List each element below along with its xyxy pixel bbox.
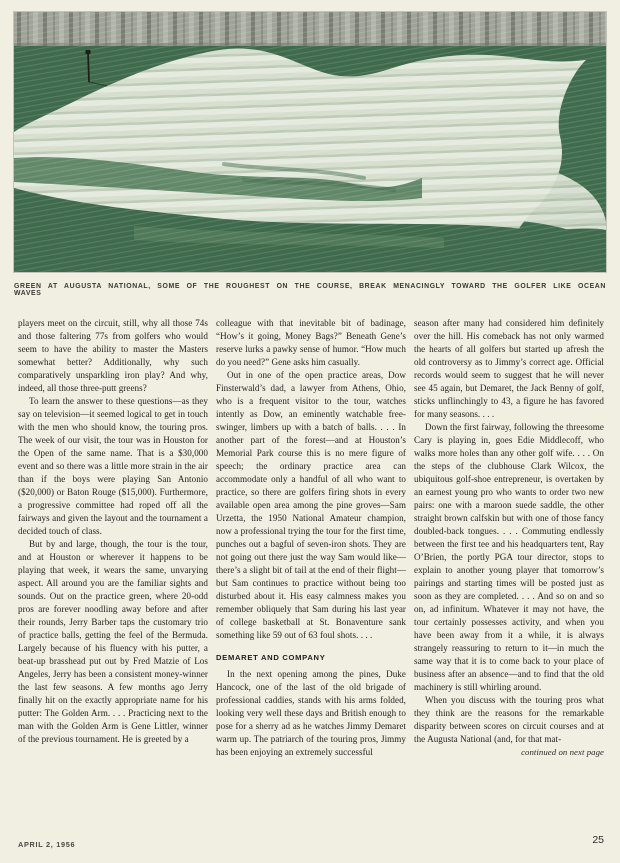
page-number: 25 xyxy=(592,834,604,846)
paragraph: Down the first fairway, following the th… xyxy=(414,421,604,694)
paragraph: In the next opening among the pines, Duk… xyxy=(216,668,406,759)
section-subhead: DEMARET AND COMPANY xyxy=(216,651,406,664)
article-column-3: season after many had considered him def… xyxy=(414,317,604,759)
continued-note: continued on next page xyxy=(414,746,604,759)
issue-date: APRIL 2, 1956 xyxy=(18,840,75,849)
magazine-page: GREEN AT AUGUSTA NATIONAL, SOME OF THE R… xyxy=(0,0,620,863)
article-column-1: players meet on the circuit, still, why … xyxy=(18,317,208,759)
paragraph: Out in one of the open practice areas, D… xyxy=(216,369,406,642)
golf-green-photo-art xyxy=(14,12,606,272)
photo-tint xyxy=(14,12,606,272)
paragraph: colleague with that inevitable bit of ba… xyxy=(216,317,406,369)
paragraph: players meet on the circuit, still, why … xyxy=(18,317,208,395)
article-column-2: colleague with that inevitable bit of ba… xyxy=(216,317,406,759)
paragraph: When you discuss with the touring pros w… xyxy=(414,694,604,746)
photo-caption: GREEN AT AUGUSTA NATIONAL, SOME OF THE R… xyxy=(14,283,606,297)
paragraph: But by and large, though, the tour is th… xyxy=(18,538,208,746)
golf-green-photo xyxy=(14,12,606,272)
article-body: players meet on the circuit, still, why … xyxy=(18,317,604,759)
paragraph: To learn the answer to these questions—a… xyxy=(18,395,208,538)
paragraph: season after many had considered him def… xyxy=(414,317,604,421)
